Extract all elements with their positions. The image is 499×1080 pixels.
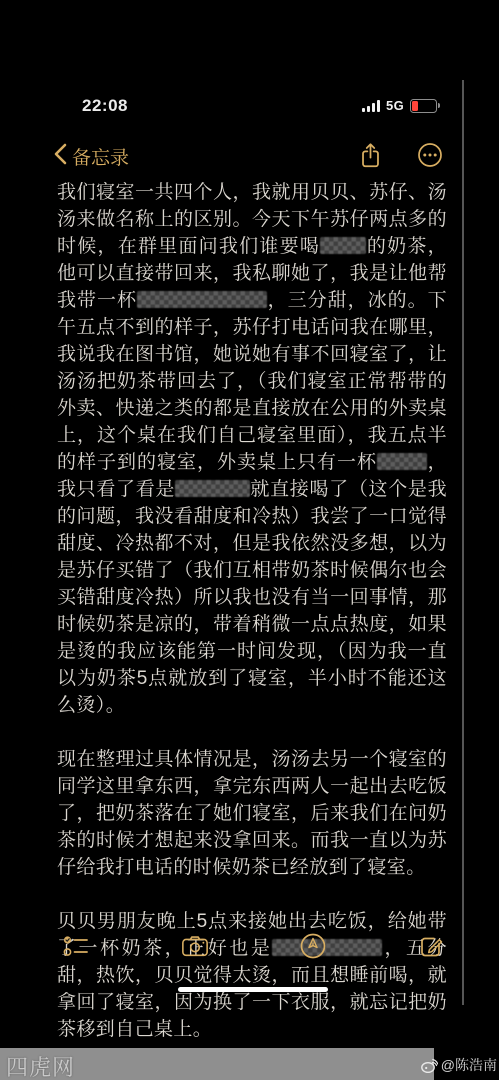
redacted-text xyxy=(137,291,267,308)
note-paragraph: 贝贝男朋友晚上5点来接她出去吃饭，给她带了一杯奶茶，正好也是，五分甜，热饮，贝贝… xyxy=(57,908,447,1043)
chevron-left-icon xyxy=(54,143,67,170)
signal-strength-icon xyxy=(362,100,380,112)
weibo-icon xyxy=(421,1058,438,1073)
redacted-text xyxy=(175,480,250,497)
camera-button[interactable] xyxy=(181,932,209,960)
nav-bar: 备忘录 xyxy=(0,140,465,176)
home-indicator[interactable] xyxy=(178,987,328,992)
back-button-label: 备忘录 xyxy=(72,143,129,170)
share-icon[interactable] xyxy=(358,142,383,169)
note-paragraph: 我们寝室一共四个人，我就用贝贝、苏仔、汤汤来做名称上的区别。今天下午苏仔两点多的… xyxy=(57,179,447,719)
status-right-cluster: 5G xyxy=(362,98,437,113)
weibo-credit-label: @陈浩南 xyxy=(441,1055,497,1075)
note-text: 现在整理过具体情况是，汤汤去另一个寝室的同学这里拿东西，拿完东西两人一起出去吃饭… xyxy=(57,749,447,878)
screenshot-edge xyxy=(462,80,464,1005)
screenshot-root: { "status_bar": { "time": "22:08", "netw… xyxy=(0,0,499,1080)
note-text: ，三分甜，冰的。下午五点不到的样子，苏仔打电话问我在哪里，我说我在图书馆，她说她… xyxy=(57,290,447,473)
redacted-text xyxy=(377,453,427,470)
status-time: 22:08 xyxy=(82,96,128,116)
network-type: 5G xyxy=(386,98,404,113)
status-bar: 22:08 5G xyxy=(0,96,465,126)
compose-button[interactable] xyxy=(418,932,446,960)
more-options-icon[interactable] xyxy=(417,142,443,169)
note-paragraph: 现在整理过具体情况是，汤汤去另一个寝室的同学这里拿东西，拿完东西两人一起出去吃饭… xyxy=(57,746,447,881)
watermark-site-label: 四虎网 xyxy=(6,1051,75,1080)
markup-pen-button[interactable] xyxy=(299,932,327,960)
notes-toolbar xyxy=(62,931,446,961)
weibo-credit: @陈浩南 xyxy=(421,1055,497,1075)
battery-icon xyxy=(410,99,437,113)
back-button[interactable]: 备忘录 xyxy=(54,143,129,170)
note-body[interactable]: 我们寝室一共四个人，我就用贝贝、苏仔、汤汤来做名称上的区别。今天下午苏仔两点多的… xyxy=(57,179,447,1043)
checklist-button[interactable] xyxy=(62,932,90,960)
note-text: 就直接喝了（这个是我的问题，我没看甜度和冷热）我尝了一口觉得甜度、冷热都不对，但… xyxy=(57,479,447,716)
redacted-text xyxy=(320,237,366,254)
